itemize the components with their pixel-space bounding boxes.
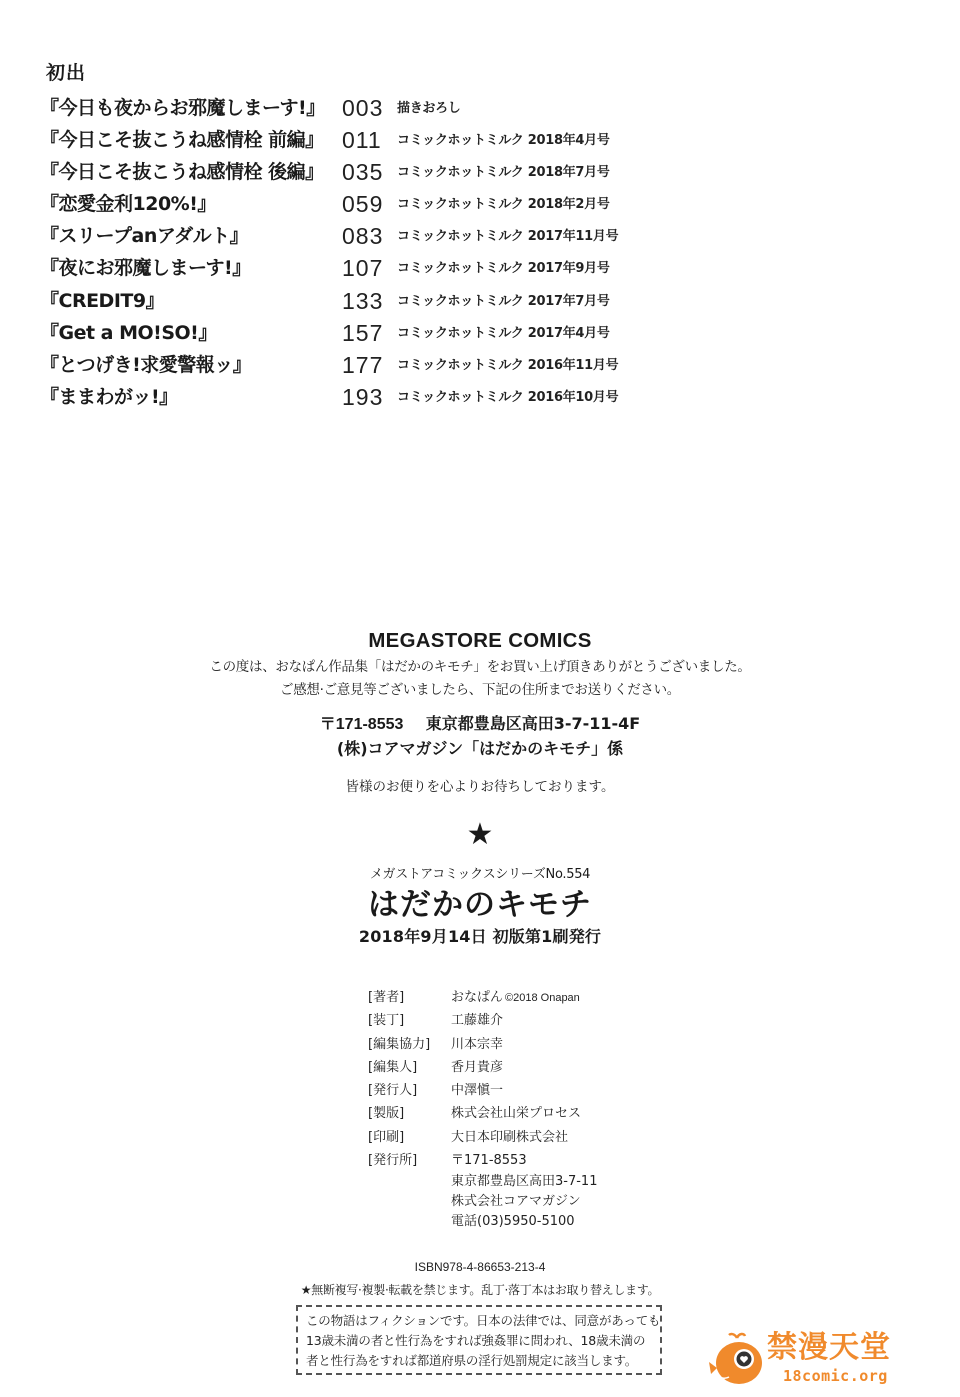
publication-source: コミックホットミルク 2017年11月号 (397, 221, 618, 253)
publication-row: 『今日も夜からお邪魔しまーす!』 003 描きおろし (46, 92, 686, 124)
credit-value: 工藤雄介 (451, 1009, 503, 1032)
brand-name: MEGASTORE COMICS (0, 626, 960, 656)
disclaimer-line: この物語はフィクションです。日本の法律では、同意があっても (306, 1311, 652, 1331)
credit-label: [発行人] (368, 1079, 417, 1102)
credit-value: 大日本印刷株式会社 (451, 1126, 568, 1149)
credit-row-editor: [編集人] 香月貴彦 (368, 1056, 648, 1079)
page-number: 035 (342, 156, 383, 188)
copyright-notice: ©2018 Onapan (505, 992, 580, 1004)
credit-label: [製版] (368, 1102, 404, 1125)
credit-label: [編集協力] (368, 1033, 430, 1056)
mailing-address: 〒171-8553 東京都豊島区高田3-7-11-4F (0, 712, 960, 737)
street-address: 東京都豊島区高田3-7-11-4F (426, 714, 641, 733)
story-title: 『恋愛金利120%!』 (40, 188, 216, 220)
credit-row-printing: [印刷] 大日本印刷株式会社 (368, 1126, 648, 1149)
first-publication-heading: 初出 (46, 58, 686, 88)
publication-source: コミックホットミルク 2017年9月号 (397, 253, 610, 285)
credit-row-editorial-cooperation: [編集協力] 川本宗幸 (368, 1033, 648, 1056)
mail-recipient: (株)コアマガジン「はだかのキモチ」係 (0, 737, 960, 761)
page-number: 059 (342, 188, 383, 220)
story-title: 『とつげき!求愛警報ッ』 (40, 349, 251, 381)
star-icon: ★ (0, 817, 960, 853)
credits-list: [著者] おなぱん©2018 Onapan [装丁] 工藤雄介 [編集協力] 川… (368, 986, 648, 1232)
story-title: 『夜にお邪魔しまーす!』 (40, 252, 251, 284)
fiction-disclaimer-box: この物語はフィクションです。日本の法律では、同意があっても 13歳未満の者と性行… (296, 1305, 662, 1375)
publication-row: 『今日こそ抜こうね感情栓 前編』 011 コミックホットミルク 2018年4月号 (46, 124, 686, 156)
issue-date: 2018年9月14日 初版第1刷発行 (0, 925, 960, 949)
isbn: ISBN978-4-86653-213-4 (0, 1258, 960, 1276)
page-number: 011 (342, 124, 382, 156)
credit-label: [装丁] (368, 1009, 404, 1032)
copyright-notice-line: ★無断複写·複製·転載を禁じます。乱丁·落丁本はお取り替えします。 (0, 1281, 960, 1299)
credit-row-design: [装丁] 工藤雄介 (368, 1009, 648, 1032)
publication-row: 『Get a MO!SO!』 157 コミックホットミルク 2017年4月号 (46, 317, 686, 349)
credit-value: おなぱん©2018 Onapan (451, 986, 580, 1010)
publication-source: コミックホットミルク 2016年10月号 (397, 382, 618, 414)
story-title: 『今日も夜からお邪魔しまーす!』 (40, 92, 325, 124)
thanks-line: この度は、おなぱん作品集「はだかのキモチ」をお買い上げ頂きありがとうございました… (0, 656, 960, 679)
story-title: 『ままわがッ!』 (40, 381, 178, 413)
credit-label: [編集人] (368, 1056, 417, 1079)
publication-row: 『とつげき!求愛警報ッ』 177 コミックホットミルク 2016年11月号 (46, 349, 686, 381)
publication-row: 『恋愛金利120%!』 059 コミックホットミルク 2018年2月号 (46, 188, 686, 220)
disclaimer-line: 13歳未満の者と性行為をすれば強姦罪に問われ、18歳未満の (306, 1331, 652, 1351)
credit-label: [印刷] (368, 1126, 404, 1149)
publication-source: コミックホットミルク 2018年7月号 (397, 157, 610, 189)
story-title: 『CREDIT9』 (40, 285, 164, 317)
colophon: MEGASTORE COMICS この度は、おなぱん作品集「はだかのキモチ」をお… (0, 626, 960, 949)
publication-source: コミックホットミルク 2018年2月号 (397, 189, 610, 221)
publisher-phone-line: 電話(03)5950-5100 (368, 1212, 648, 1232)
publication-row: 『夜にお邪魔しまーす!』 107 コミックホットミルク 2017年9月号 (46, 252, 686, 284)
page-number: 193 (342, 381, 383, 413)
publisher-company-line: 株式会社コアマガジン (368, 1192, 648, 1212)
publication-row: 『今日こそ抜こうね感情栓 後編』 035 コミックホットミルク 2018年7月号 (46, 156, 686, 188)
page-number: 003 (342, 92, 383, 124)
page-number: 157 (342, 317, 383, 349)
whale-mascot-icon (707, 1332, 765, 1388)
story-title: 『今日こそ抜こうね感情栓 後編』 (40, 156, 324, 188)
series-number: メガストアコミックスシリーズNo.554 (0, 865, 960, 885)
book-title: はだかのキモチ (0, 885, 960, 925)
site-watermark: 禁漫天堂 18comic.org (707, 1328, 937, 1394)
page-number: 107 (342, 252, 383, 284)
wait-message: 皆様のお便りを心よりお待ちしております。 (0, 777, 960, 797)
publication-row: 『CREDIT9』 133 コミックホットミルク 2017年7月号 (46, 285, 686, 317)
publication-source: コミックホットミルク 2018年4月号 (397, 125, 610, 157)
feedback-request-line: ご感想·ご意見等ございましたら、下記の住所までお送りください。 (0, 679, 960, 702)
story-title: 『スリープanアダルト』 (40, 220, 248, 252)
publication-source: 描きおろし (397, 93, 461, 125)
credit-value: 香月貴彦 (451, 1056, 503, 1079)
publication-source: コミックホットミルク 2017年4月号 (397, 318, 610, 350)
watermark-url: 18comic.org (783, 1366, 888, 1386)
watermark-name: 禁漫天堂 (767, 1330, 891, 1366)
publisher-address-line: 東京都豊島区高田3-7-11 (368, 1172, 648, 1192)
page-number: 133 (342, 285, 383, 317)
credit-row-plate-making: [製版] 株式会社山栄プロセス (368, 1102, 648, 1125)
credit-label: [著者] (368, 986, 404, 1009)
disclaimer-line: 者と性行為をすれば都道府県の淫行処罰規定に該当します。 (306, 1351, 652, 1371)
first-publication-list: 初出 『今日も夜からお邪魔しまーす!』 003 描きおろし 『今日こそ抜こうね感… (46, 58, 686, 413)
publication-source: コミックホットミルク 2017年7月号 (397, 286, 610, 318)
credit-label: [発行所] (368, 1149, 417, 1172)
publication-row: 『ままわがッ!』 193 コミックホットミルク 2016年10月号 (46, 381, 686, 413)
credit-value: 中澤愼一 (451, 1079, 503, 1102)
credit-value: 株式会社山栄プロセス (451, 1102, 581, 1125)
page-number: 177 (342, 349, 383, 381)
credit-row-author: [著者] おなぱん©2018 Onapan (368, 986, 648, 1009)
author-name: おなぱん (451, 990, 503, 1005)
publication-row: 『スリープanアダルト』 083 コミックホットミルク 2017年11月号 (46, 220, 686, 252)
story-title: 『今日こそ抜こうね感情栓 前編』 (40, 124, 324, 156)
page-number: 083 (342, 220, 383, 252)
credit-value: 〒171-8553 (451, 1149, 527, 1172)
credit-row-publisher-person: [発行人] 中澤愼一 (368, 1079, 648, 1102)
credit-row-publisher: [発行所] 〒171-8553 (368, 1149, 648, 1172)
credit-value: 川本宗幸 (451, 1033, 503, 1056)
postal-code: 〒171-8553 (320, 716, 404, 733)
story-title: 『Get a MO!SO!』 (40, 317, 217, 349)
publication-source: コミックホットミルク 2016年11月号 (397, 350, 618, 382)
